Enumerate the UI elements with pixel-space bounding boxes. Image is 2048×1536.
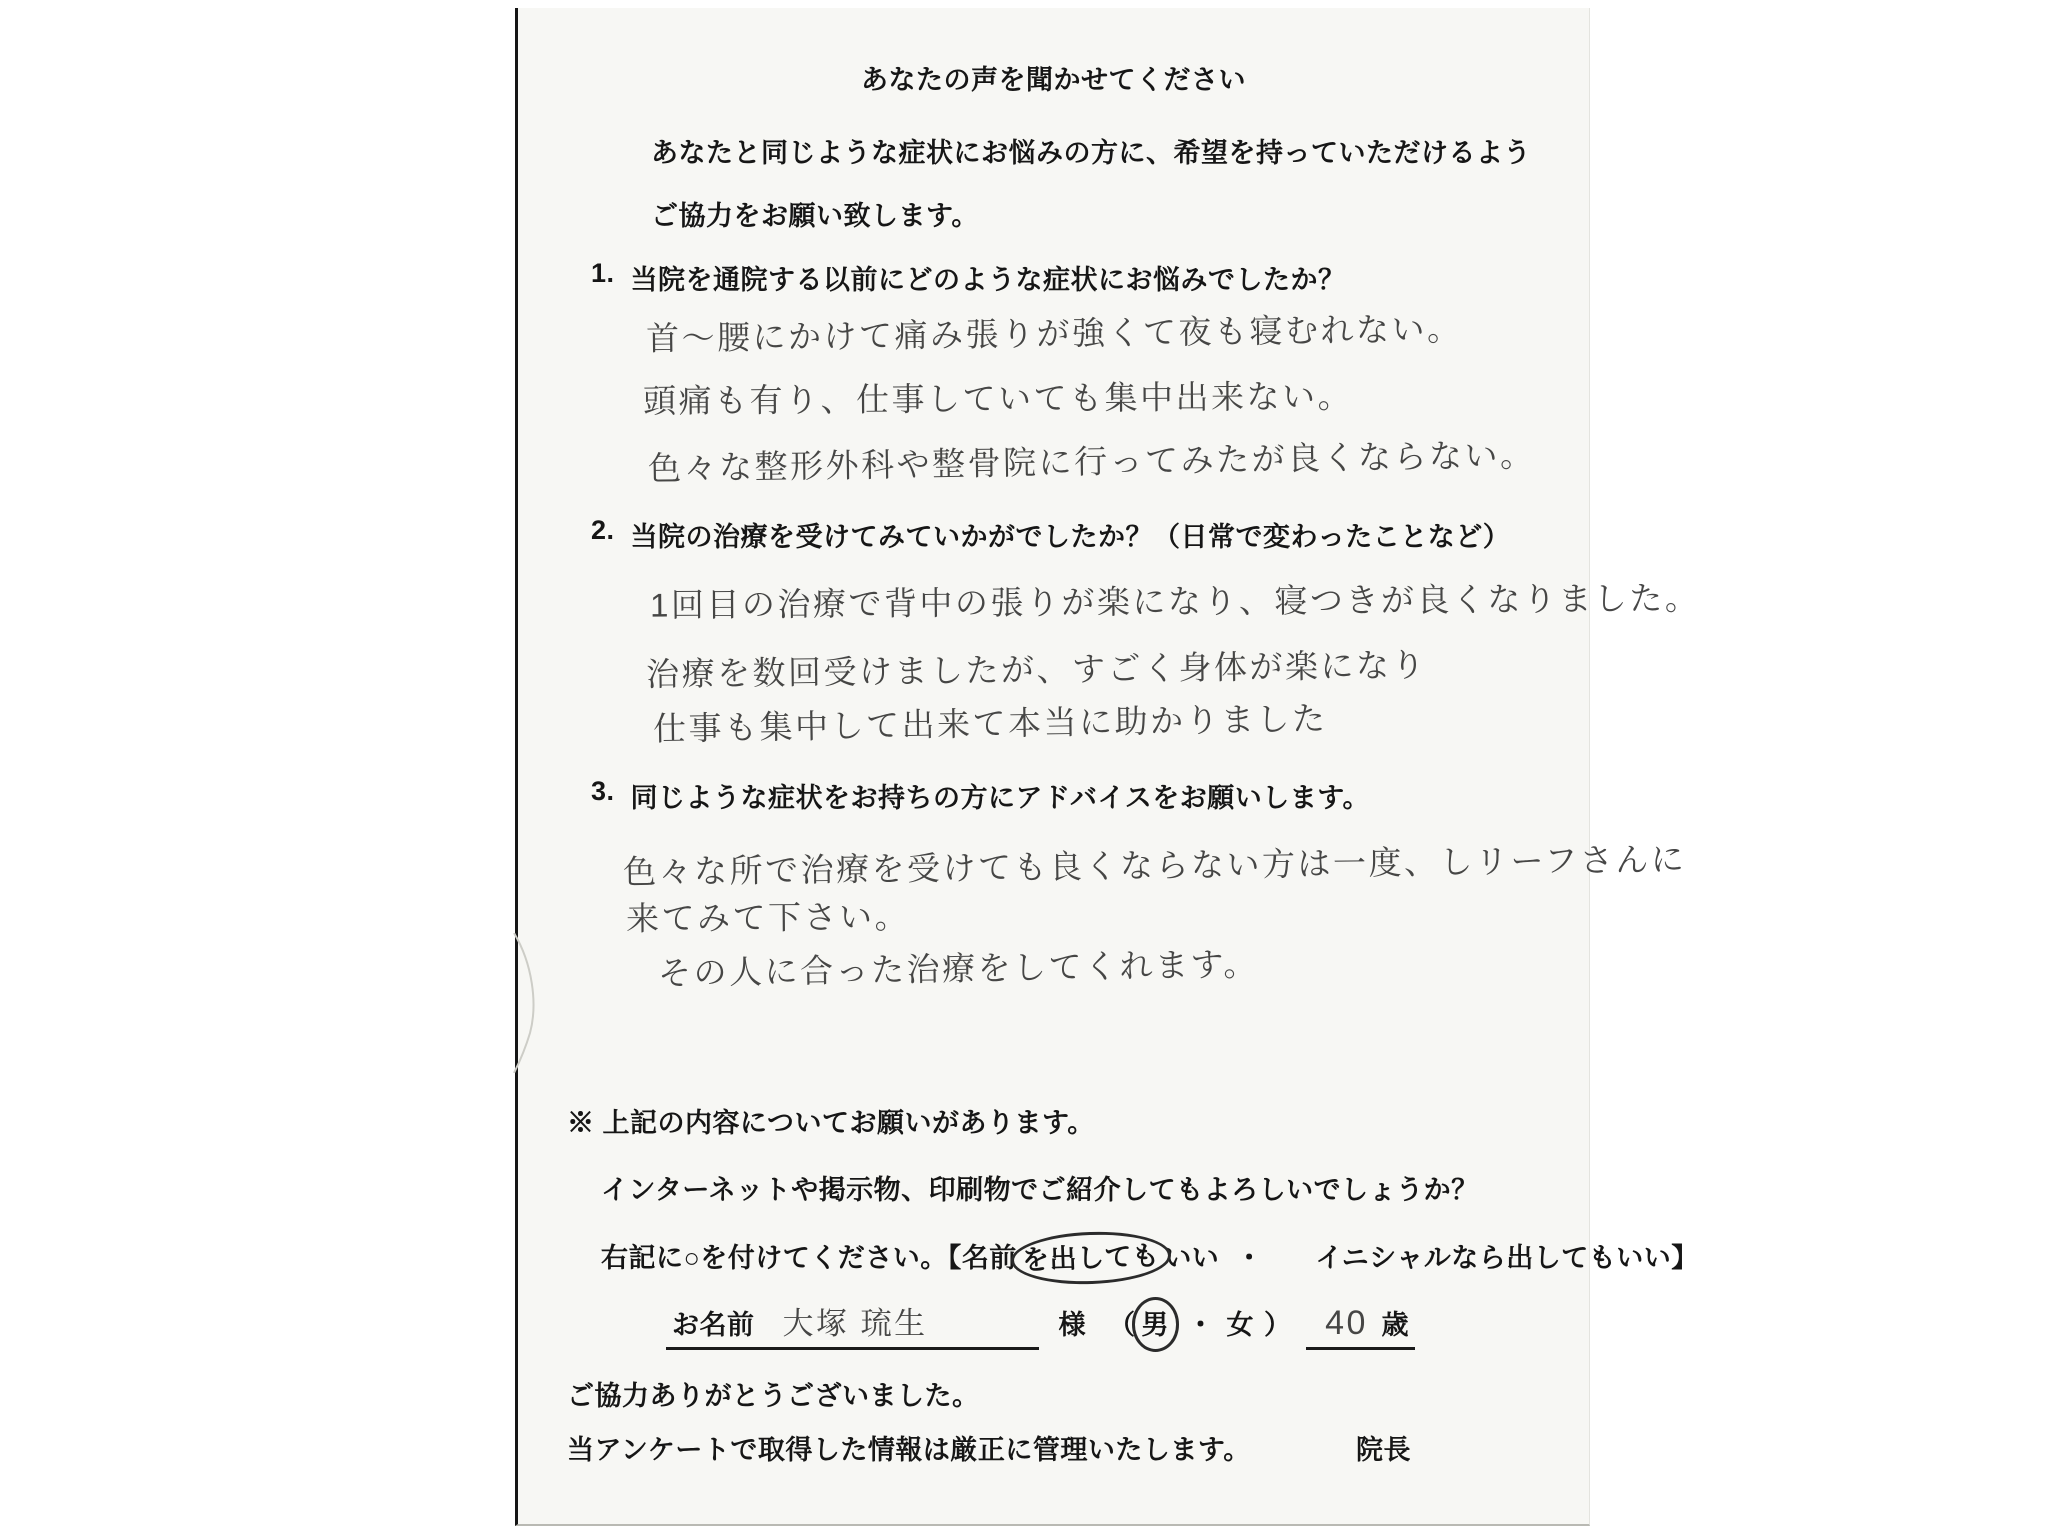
option-separator: ・: [1219, 1236, 1279, 1275]
circle-instruction-prefix: 右記に○を付けてください。【: [601, 1243, 962, 1273]
age-value-handwritten: 40: [1312, 1304, 1382, 1343]
honorific-label: 様: [1059, 1303, 1087, 1342]
name-row: お名前大塚 琉生 様 （ 男 ・ 女 ） 40歳: [666, 1298, 1415, 1350]
request-note: ※ 上記の内容についてお願いがあります。: [567, 1101, 1095, 1140]
question-3-number: 3.: [591, 776, 615, 815]
question-2: 2. 当院の治療を受けてみていかがでしたか？（日常で変わったことなど）: [591, 515, 1510, 554]
option-name-ok-pre: 名前: [962, 1243, 1017, 1273]
intro-line-2: ご協力をお願い致します。: [651, 194, 979, 233]
question-1-number: 1.: [591, 258, 615, 297]
intro-line-1: あなたと同じような症状にお悩みの方に、希望を持っていただけるよう: [651, 131, 1531, 170]
name-field: お名前大塚 琉生: [666, 1298, 1039, 1350]
director-signature-label: 院長: [1356, 1428, 1411, 1467]
answer-1-line-1: 首〜腰にかけて痛み張りが強くて夜も寝むれない。: [646, 303, 1463, 360]
answer-1-line-3: 色々な整形外科や整骨院に行ってみたが良くならない。: [648, 429, 1536, 490]
scanned-questionnaire-page: あなたの声を聞かせてください あなたと同じような症状にお悩みの方に、希望を持って…: [515, 8, 1590, 1526]
scan-crease-artifact: [512, 933, 552, 1073]
form-title: あなたの声を聞かせてください: [518, 58, 1589, 97]
thanks-line: ご協力ありがとうございました。: [567, 1374, 980, 1413]
option-name-ok-post: いい: [1164, 1243, 1219, 1273]
name-label: お名前: [672, 1310, 755, 1340]
option-initial-ok: イニシャルなら出してもいい: [1315, 1243, 1671, 1273]
handwritten-circle-mark: を出しても: [1010, 1229, 1171, 1287]
screenshot-stage: あなたの声を聞かせてください あなたと同じような症状にお悩みの方に、希望を持って…: [0, 0, 2048, 1536]
answer-3-line-1: 色々な所で治療を受けても良くならない方は一度、しリーフさんに: [623, 834, 1687, 894]
circle-instruction-suffix: 】: [1671, 1243, 1699, 1273]
question-1: 1. 当院を通院する以前にどのような症状にお悩みでしたか？: [591, 258, 1346, 297]
answer-3-line-3: その人に合った治療をしてくれます。: [658, 938, 1260, 994]
answer-2-line-1: 1回目の治療で背中の張りが楽になり、寝つきが良くなりました。: [650, 572, 1701, 626]
age-unit-label: 歳: [1382, 1310, 1410, 1340]
question-3: 3. 同じような症状をお持ちの方にアドバイスをお願いします。: [591, 776, 1370, 815]
question-3-text: 同じような症状をお持ちの方にアドバイスをお願いします。: [631, 776, 1371, 815]
permission-question: インターネットや掲示物、印刷物でご紹介してもよろしいでしょうか？: [601, 1168, 1479, 1207]
gender-male-label: 男: [1142, 1310, 1170, 1340]
question-1-text: 当院を通院する以前にどのような症状にお悩みでしたか？: [631, 258, 1346, 297]
age-field: 40歳: [1306, 1303, 1416, 1350]
circle-instruction-line: 右記に○を付けてください。【名前を出してもいい・イニシャルなら出してもいい】: [601, 1236, 1699, 1280]
gender-female-label: 女: [1227, 1303, 1255, 1342]
answer-1-line-2: 頭痛も有り、仕事していても集中出来ない。: [643, 371, 1353, 423]
question-2-number: 2.: [591, 515, 615, 554]
question-2-text: 当院の治療を受けてみていかがでしたか？（日常で変わったことなど）: [631, 515, 1511, 554]
handwritten-male-circle: 男: [1132, 1297, 1180, 1352]
name-value-handwritten: 大塚 琉生: [755, 1298, 1033, 1343]
privacy-line: 当アンケートで取得した情報は厳正に管理いたします。: [567, 1428, 1251, 1467]
paren-close: ）: [1264, 1303, 1292, 1342]
option-name-ok-circled: を出しても: [1021, 1241, 1159, 1276]
answer-2-line-2: 治療を数回受けましたが、すごく身体が楽になり: [646, 639, 1428, 696]
answer-2-line-3: 仕事も集中して出来て本当に助かりました: [653, 693, 1328, 751]
gender-separator: ・: [1187, 1303, 1215, 1342]
answer-3-line-2: 来てみて下さい。: [626, 891, 910, 940]
